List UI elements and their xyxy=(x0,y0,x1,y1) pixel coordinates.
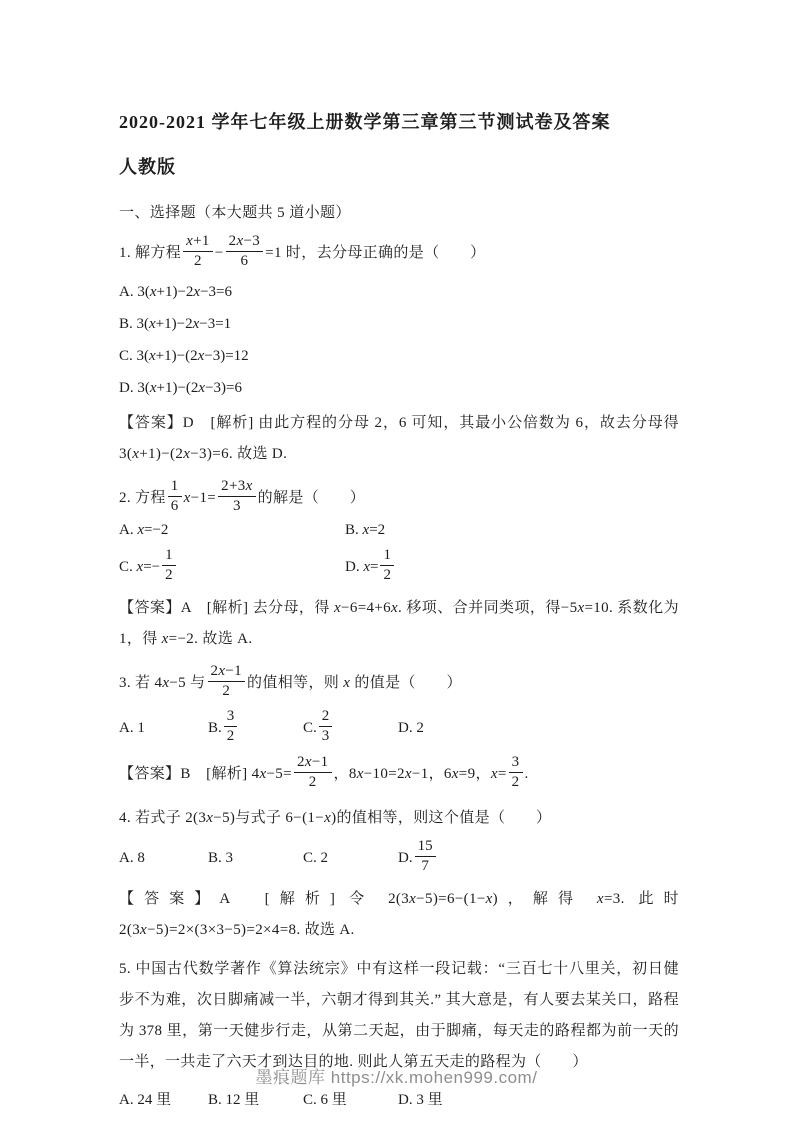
fraction-numerator: 3 xyxy=(509,754,523,772)
fraction: x+12 xyxy=(183,233,213,271)
question-4-option-a: A. 8 xyxy=(119,850,208,867)
question-5-option-a: A. 24 里 xyxy=(119,1088,208,1109)
section-heading: 一、选择题（本大题共 5 道小题） xyxy=(119,198,679,228)
fraction-numerator: x+1 xyxy=(183,233,213,251)
question-1: 1. 解方程x+12−2x−36=1 时，去分母正确的是（ ） A. 3(x+1… xyxy=(119,233,679,470)
page-title-line2: 人教版 xyxy=(119,145,679,190)
question-4-answer: 【答案】A [解析] 令 2(3x−5)=6−(1−x)，解得 x=3. 此时 … xyxy=(119,884,679,946)
fraction-numerator: 2+3x xyxy=(218,478,256,496)
math-text: A. 3(x+1)−2x−3=6 xyxy=(119,284,232,300)
fraction-denominator: 2 xyxy=(162,565,176,584)
math-text: C. x=− xyxy=(119,559,160,575)
fraction: 16 xyxy=(168,478,182,516)
fraction-denominator: 2 xyxy=(183,251,213,270)
question-5-option-c: C. 6 里 xyxy=(303,1088,398,1109)
fraction-numerator: 1 xyxy=(380,547,394,565)
math-text: ，8x−10=2x−1，6x=9，x= xyxy=(334,766,507,782)
question-3-option-a: A. 1 xyxy=(119,720,208,737)
question-4-option-b: B. 3 xyxy=(208,850,303,867)
fraction: 32 xyxy=(224,708,238,746)
question-2: 2. 方程16x−1=2+3x3的解是（ ） A. x=−2 B. x=2 C.… xyxy=(119,478,679,655)
question-1-option-b: B. 3(x+1)−2x−3=1 xyxy=(119,309,679,340)
question-2-options: A. x=−2 B. x=2 C. x=−12 D. x=12 xyxy=(119,522,679,589)
question-1-option-d: D. 3(x+1)−(2x−3)=6 xyxy=(119,373,679,404)
math-text: A. 1 xyxy=(119,720,145,736)
question-2-option-c: C. x=−12 xyxy=(119,547,345,589)
fraction: 32 xyxy=(509,754,523,792)
fraction: 2x−12 xyxy=(294,754,332,792)
math-text: B. xyxy=(208,720,222,736)
fraction-denominator: 2 xyxy=(509,772,523,791)
page-title-line1: 2020-2021 学年七年级上册数学第三章第三节测试卷及答案 xyxy=(119,100,679,145)
math-text: 的值相等，则 x 的值是（ ） xyxy=(247,675,462,691)
fraction: 23 xyxy=(319,708,333,746)
fraction-numerator: 2 xyxy=(319,708,333,726)
question-1-option-c: C. 3(x+1)−(2x−3)=12 xyxy=(119,341,679,372)
fraction-denominator: 2 xyxy=(208,681,246,700)
math-text: B. x=2 xyxy=(345,522,385,538)
fraction-numerator: 15 xyxy=(415,838,436,856)
question-3-stem: 3. 若 4x−5 与2x−12的值相等，则 x 的值是（ ） xyxy=(119,663,679,705)
math-text: 的解是（ ） xyxy=(258,490,365,506)
math-text: =1 时，去分母正确的是（ ） xyxy=(265,245,485,261)
fraction-numerator: 3 xyxy=(224,708,238,726)
question-3-option-d: D. 2 xyxy=(398,720,679,737)
question-4-option-d: D.157 xyxy=(398,838,679,880)
fraction: 2x−36 xyxy=(226,233,264,271)
math-text: 【答案】A [解析] 去分母，得 x−6=4+6x. 移项、合并同类项，得−5x… xyxy=(119,600,679,647)
question-5-option-d: D. 3 里 xyxy=(398,1088,679,1109)
math-text: 2. 方程 xyxy=(119,490,166,506)
math-text: . xyxy=(525,766,529,782)
math-text: D. 3 里 xyxy=(398,1092,443,1108)
fraction-numerator: 2x−1 xyxy=(294,754,332,772)
fraction: 2x−12 xyxy=(208,663,246,701)
question-3: 3. 若 4x−5 与2x−12的值相等，则 x 的值是（ ） A. 1 B.3… xyxy=(119,663,679,796)
fraction-numerator: 1 xyxy=(168,478,182,496)
math-text: B. 3(x+1)−2x−3=1 xyxy=(119,316,231,332)
fraction-numerator: 2x−3 xyxy=(226,233,264,251)
question-5-option-b: B. 12 里 xyxy=(208,1088,303,1109)
question-2-option-b: B. x=2 xyxy=(345,522,679,539)
fraction-denominator: 2 xyxy=(380,565,394,584)
math-text: A. 8 xyxy=(119,850,145,866)
document-page: 2020-2021 学年七年级上册数学第三章第三节测试卷及答案 人教版 一、选择… xyxy=(0,0,793,1122)
question-3-option-b: B.32 xyxy=(208,708,303,750)
math-text: 5. 中国古代数学著作《算法统宗》中有这样一段记载：“三百七十八里关，初日健步不… xyxy=(119,961,679,1070)
fraction-denominator: 3 xyxy=(319,726,333,745)
math-text: C. xyxy=(303,720,317,736)
math-text: B. 12 里 xyxy=(208,1092,259,1108)
math-text: C. 2 xyxy=(303,850,328,866)
question-4-stem: 4. 若式子 2(3x−5)与式子 6−(1−x)的值相等，则这个值是（ ） xyxy=(119,803,679,834)
math-text: 【答案】A [解析] 令 2(3x−5)=6−(1−x)，解得 x=3. 此时 … xyxy=(119,891,679,938)
fraction: 157 xyxy=(415,838,436,876)
fraction-denominator: 2 xyxy=(224,726,238,745)
math-text: 4. 若式子 2(3x−5)与式子 6−(1−x)的值相等，则这个值是（ ） xyxy=(119,810,551,826)
document-content: 2020-2021 学年七年级上册数学第三章第三节测试卷及答案 人教版 一、选择… xyxy=(119,100,679,1120)
math-text: x−1= xyxy=(184,490,217,506)
fraction-numerator: 2x−1 xyxy=(208,663,246,681)
question-5-stem: 5. 中国古代数学著作《算法统宗》中有这样一段记载：“三百七十八里关，初日健步不… xyxy=(119,954,679,1078)
question-4-option-c: C. 2 xyxy=(303,850,398,867)
question-2-stem: 2. 方程16x−1=2+3x3的解是（ ） xyxy=(119,478,679,520)
question-1-stem: 1. 解方程x+12−2x−36=1 时，去分母正确的是（ ） xyxy=(119,233,679,275)
question-2-answer: 【答案】A [解析] 去分母，得 x−6=4+6x. 移项、合并同类项，得−5x… xyxy=(119,593,679,655)
question-4-options: A. 8 B. 3 C. 2 D.157 xyxy=(119,838,679,880)
question-1-answer: 【答案】D [解析] 由此方程的分母 2，6 可知，其最小公倍数为 6，故去分母… xyxy=(119,408,679,470)
math-text: − xyxy=(215,245,224,261)
fraction-denominator: 2 xyxy=(294,772,332,791)
question-1-option-a: A. 3(x+1)−2x−3=6 xyxy=(119,277,679,308)
math-text: 3. 若 4x−5 与 xyxy=(119,675,206,691)
math-text: D. 3(x+1)−(2x−3)=6 xyxy=(119,380,242,396)
question-2-option-a: A. x=−2 xyxy=(119,522,345,539)
fraction-denominator: 6 xyxy=(226,251,264,270)
question-4: 4. 若式子 2(3x−5)与式子 6−(1−x)的值相等，则这个值是（ ） A… xyxy=(119,803,679,946)
math-text: B. 3 xyxy=(208,850,233,866)
fraction: 12 xyxy=(380,547,394,585)
question-3-answer: 【答案】B [解析] 4x−5=2x−12，8x−10=2x−1，6x=9，x=… xyxy=(119,754,679,796)
question-3-option-c: C.23 xyxy=(303,708,398,750)
footer-watermark: 墨痕题库 https://xk.mohen999.com/ xyxy=(0,1063,793,1088)
question-3-options: A. 1 B.32 C.23 D. 2 xyxy=(119,708,679,750)
question-5: 5. 中国古代数学著作《算法统宗》中有这样一段记载：“三百七十八里关，初日健步不… xyxy=(119,954,679,1116)
math-text: D. 2 xyxy=(398,720,424,736)
page-title: 2020-2021 学年七年级上册数学第三章第三节测试卷及答案 人教版 xyxy=(119,100,679,190)
question-2-option-d: D. x=12 xyxy=(345,547,679,589)
fraction-denominator: 6 xyxy=(168,496,182,515)
fraction-denominator: 3 xyxy=(218,496,256,515)
fraction: 2+3x3 xyxy=(218,478,256,516)
math-text: A. x=−2 xyxy=(119,522,168,538)
math-text: C. 6 里 xyxy=(303,1092,347,1108)
fraction-denominator: 7 xyxy=(415,856,436,875)
math-text: 【答案】B [解析] 4x−5= xyxy=(119,766,292,782)
fraction: 12 xyxy=(162,547,176,585)
math-text: D. x= xyxy=(345,559,378,575)
question-1-options: A. 3(x+1)−2x−3=6 B. 3(x+1)−2x−3=1 C. 3(x… xyxy=(119,277,679,404)
math-text: D. xyxy=(398,850,413,866)
fraction-numerator: 1 xyxy=(162,547,176,565)
math-text: 1. 解方程 xyxy=(119,245,181,261)
math-text: A. 24 里 xyxy=(119,1092,171,1108)
math-text: C. 3(x+1)−(2x−3)=12 xyxy=(119,348,249,364)
math-text: 【答案】D [解析] 由此方程的分母 2，6 可知，其最小公倍数为 6，故去分母… xyxy=(119,415,679,462)
